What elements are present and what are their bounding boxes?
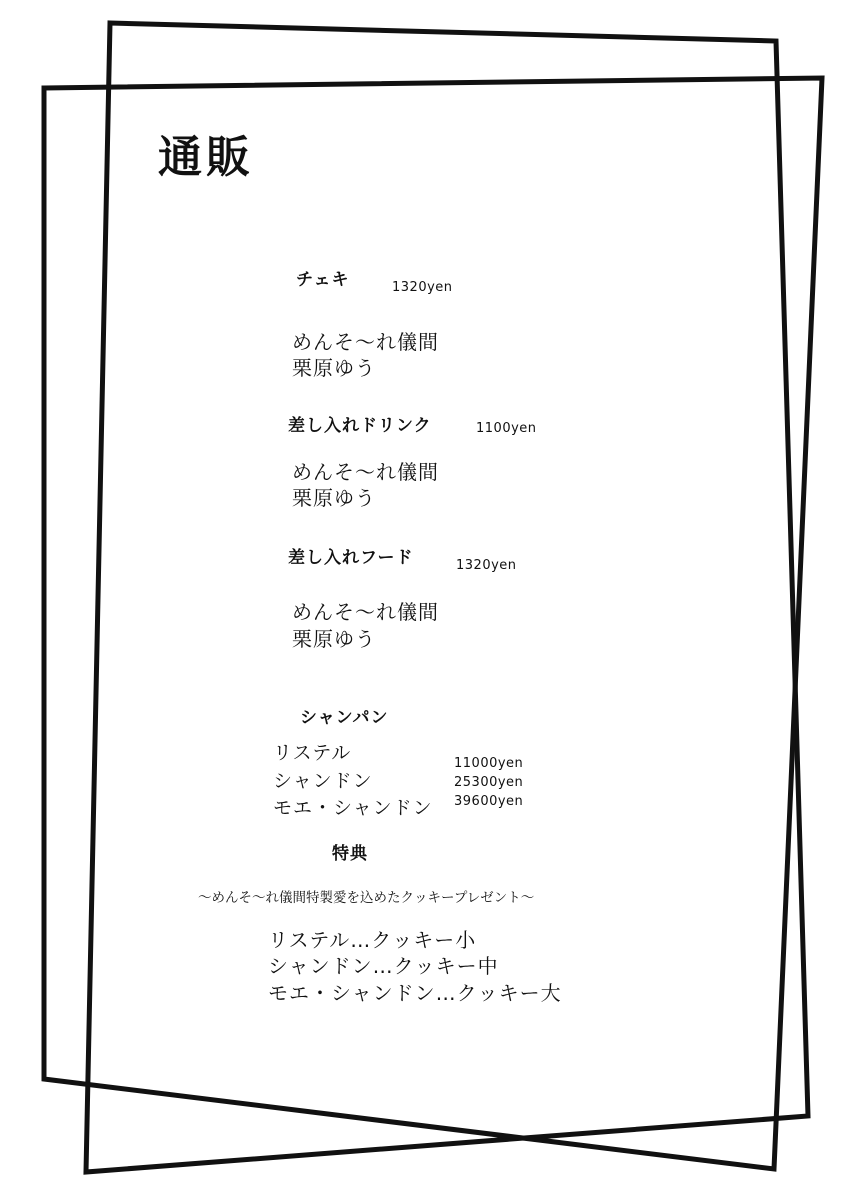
section-heading-bonus: 特典 — [332, 846, 368, 863]
performer-name: 栗原ゆう — [292, 358, 376, 378]
price-cheki: 1320yen — [392, 281, 453, 294]
bonus-item: シャンドン…クッキー中 — [268, 956, 499, 976]
page-title: 通販 — [158, 136, 254, 180]
champagne-name: リステル — [273, 744, 351, 763]
performer-name: めんそ〜れ儀間 — [292, 462, 439, 482]
section-heading-food: 差し入れフード — [288, 550, 414, 567]
champagne-price: 39600yen — [454, 795, 523, 808]
champagne-price: 11000yen — [454, 757, 523, 770]
section-heading-champagne: シャンパン — [300, 710, 388, 727]
champagne-name: シャンドン — [273, 772, 373, 791]
bonus-note: 〜めんそ〜れ儀間特製愛を込めたクッキープレゼント〜 — [198, 892, 534, 906]
performer-name: 栗原ゆう — [292, 488, 376, 508]
bonus-item: モエ・シャンドン…クッキー大 — [268, 983, 562, 1003]
performer-name: めんそ〜れ儀間 — [292, 602, 439, 622]
section-heading-cheki: チェキ — [296, 272, 350, 289]
performer-name: 栗原ゆう — [292, 629, 376, 649]
champagne-price: 25300yen — [454, 776, 523, 789]
champagne-name: モエ・シャンドン — [273, 799, 433, 818]
price-food: 1320yen — [456, 559, 517, 572]
section-heading-drink: 差し入れドリンク — [288, 418, 432, 435]
bonus-item: リステル…クッキー小 — [268, 930, 476, 950]
price-drink: 1100yen — [476, 422, 537, 435]
performer-name: めんそ〜れ儀間 — [292, 332, 439, 352]
